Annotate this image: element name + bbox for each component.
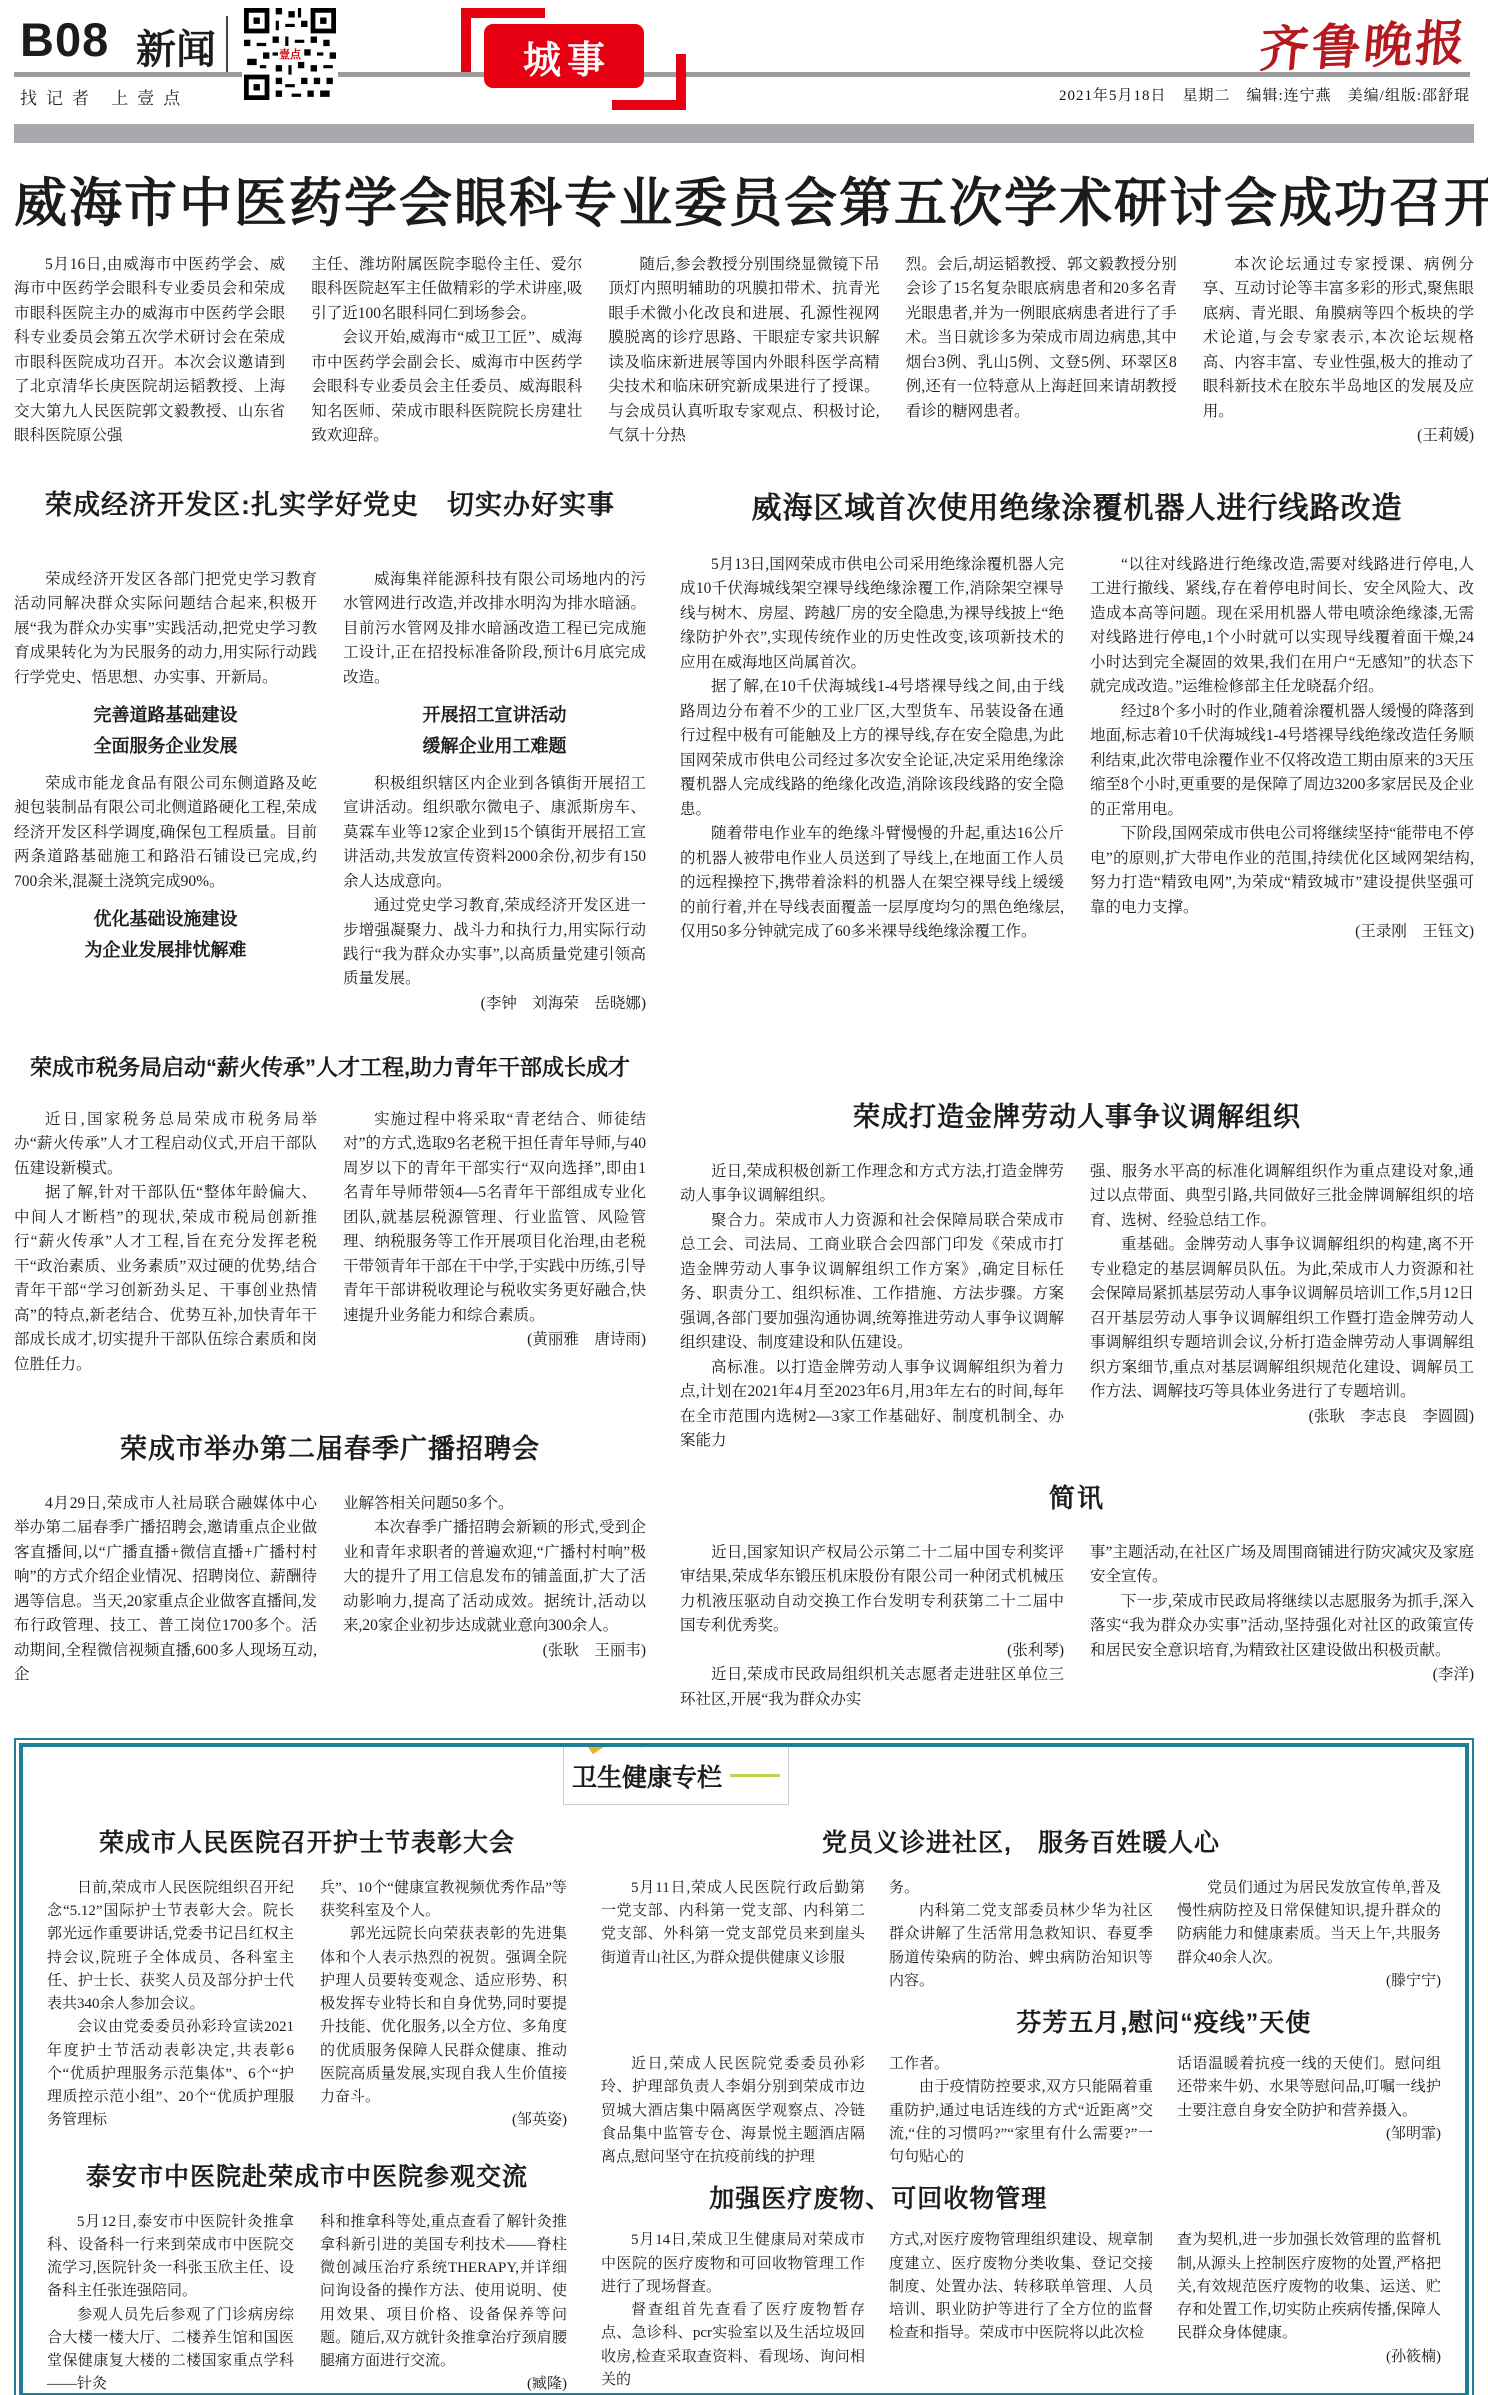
health-column-title: 卫生健康专栏	[572, 1758, 722, 1794]
article-may-angels: 芬芳五月,慰问“疫线”天使 近日,荣成人民医院党委委员孙彩玲、护理部负责人李娟分…	[601, 2003, 1441, 2169]
paragraph: 近日,荣成人民医院党委委员孙彩玲、护理部负责人李娟分别到荣成市边贸城大酒店集中隔…	[601, 2053, 865, 2169]
paragraph-continuation: 烈。会后,胡运韬教授、郭文毅教授分别会诊了15名复杂眼底病患者和20多名青光眼患…	[906, 253, 1177, 424]
section-name: 新闻	[136, 18, 216, 75]
paragraph: 通过党史学习教育,荣成经济开发区进一步增强凝聚力、战斗力和执行力,用实际行动践行…	[343, 894, 646, 992]
vertical-divider	[226, 16, 228, 74]
article-body: 近日,国家税务总局荣成市税务局举办“薪火传承”人才工程启动仪式,开启干部队伍建设…	[14, 1108, 646, 1377]
article-robot-coating: 威海区域首次使用绝缘涂覆机器人进行线路改造 5月13日,国网荣成市供电公司采用绝…	[680, 483, 1474, 1069]
article-tax-bureau: 荣成市税务局启动“薪火传承”人才工程,助力青年干部成长成才 近日,国家税务总局荣…	[14, 1051, 646, 1397]
paragraph: 日前,荣成市人民医院组织召开纪念“5.12”国际护士节表彰大会。院长郭光远作重要…	[47, 1877, 294, 2017]
paragraph-continuation: 主任、潍坊附属医院李聪伶主任、爱尔眼科医院赵军主任做精彩的学术讲座,吸引了近10…	[311, 253, 582, 326]
text-column: 4月29日,荣成市人社局联合融媒体中心举办第二届春季广播招聘会,邀请重点企业做客…	[14, 1492, 317, 1688]
dateline: 2021年5月18日 星期二 编辑:连宁燕 美编/组版:邵舒琨	[1059, 84, 1470, 105]
article-title: 芬芳五月,慰问“疫线”天使	[887, 2003, 1441, 2039]
text-column: 科和推拿科等处,重点查看了解针灸推拿科新引进的美国专利技术——脊柱微创减压治疗系…	[320, 2211, 567, 2395]
paragraph: 近日,国家税务总局荣成市税务局举办“薪火传承”人才工程启动仪式,开启干部队伍建设…	[14, 1108, 317, 1181]
article-body: 近日,荣成人民医院党委委员孙彩玲、护理部负责人李娟分别到荣成市边贸城大酒店集中隔…	[601, 2053, 1441, 2169]
text-column: 烈。会后,胡运韬教授、郭文毅教授分别会诊了15名复杂眼底病患者和20多名青光眼患…	[906, 253, 1177, 453]
paragraph: 会议开始,威海市“威卫工匠”、威海市中医药学会副会长、威海市中医药学会眼科专业委…	[311, 326, 582, 448]
text-column: 近日,国家知识产权局公示第二十二届中国专利奖评审结果,荣成华东锻压机床股份有限公…	[680, 1541, 1064, 1712]
article-title: 荣成市税务局启动“薪火传承”人才工程,助力青年干部成长成才	[14, 1051, 646, 1082]
qr-code: 壹点	[242, 6, 338, 102]
health-logo-caption: 卫生健康专栏	[572, 1758, 780, 1794]
paragraph: 5月12日,泰安市中医院针灸推拿科、设备科一行来到荣成市中医院交流学习,医院针灸…	[47, 2211, 294, 2304]
article-title: 荣成打造金牌劳动人事争议调解组织	[680, 1095, 1474, 1134]
article-body: 5月14日,荣成卫生健康局对荣成市中医院的医疗废物和可回收物管理工作进行了现场督…	[601, 2229, 1441, 2392]
green-underline	[730, 1774, 780, 1777]
paragraph: 据了解,在10千伏海城线1-4号塔裸导线之间,由于线路周边分布着不少的工业厂区,…	[680, 675, 1064, 822]
article-briefs: 简讯 近日,国家知识产权局公示第二十二届中国专利奖评审结果,荣成华东锻压机床股份…	[680, 1478, 1474, 1714]
paragraph: 由于疫情防控要求,双方只能隔着重重防护,通过电话连线的方式“近距离”交流,“住的…	[889, 2076, 1153, 2169]
text-column: 5月13日,国网荣成市供电公司采用绝缘涂覆机器人完成10千伏海城线架空裸导线绝缘…	[680, 553, 1064, 945]
byline: (李洋)	[1090, 1663, 1474, 1687]
lead-headline: 威海市中医药学会眼科专业委员会第五次学术研讨会成功召开	[14, 161, 1474, 237]
paragraph: 随着带电作业车的绝缘斗臂慢慢的升起,重达16公斤的机器人被带电作业人员送到了导线…	[680, 822, 1064, 944]
paragraph: 5月16日,由威海市中医药学会、威海市中医药学会眼科专业委员会和荣成市眼科医院主…	[14, 253, 285, 449]
health-column-box: 卫生健康专栏 荣成市人民医院召开护士节表彰大会 日前,荣成市人民医院组织召开纪念…	[14, 1738, 1474, 2395]
text-column: 近日,国家税务总局荣成市税务局举办“薪火传承”人才工程启动仪式,开启干部队伍建设…	[14, 1108, 317, 1377]
paragraph-continuation: 务。	[889, 1877, 1153, 1900]
sub-headline: 优化基础设施建设为企业发展排忧解难	[14, 904, 317, 965]
byline: (张利琴)	[680, 1639, 1064, 1663]
text-column: 业解答相关问题50多个。本次春季广播招聘会新颖的形式,受到企业和青年求职者的普遍…	[343, 1492, 646, 1688]
article-title: 荣成市举办第二届春季广播招聘会	[14, 1427, 646, 1466]
text-column: 随后,参会教授分别围绕显微镜下吊顶灯内照明辅助的巩膜扣带术、抗青光眼手术微小化改…	[608, 253, 879, 453]
article-medical-waste: 加强医疗废物、可回收物管理 5月14日,荣成卫生健康局对荣成市中医院的医疗废物和…	[601, 2179, 1441, 2392]
paragraph-continuation: 方式,对医疗废物管理组织建设、规章制度建立、医疗废物分类收集、登记交接制度、处置…	[889, 2229, 1153, 2345]
paragraph: 5月14日,荣成卫生健康局对荣成市中医院的医疗废物和可回收物管理工作进行了现场督…	[601, 2229, 865, 2299]
paragraph-continuation: 业解答相关问题50多个。	[343, 1492, 646, 1516]
paragraph: “以往对线路进行绝缘改造,需要对线路进行停电,人工进行撤线、紧线,存在着停电时间…	[1090, 553, 1474, 700]
paragraph: 参观人员先后参观了门诊病房综合大楼一楼大厅、二楼养生馆和国医堂保健康复大楼的二楼…	[47, 2304, 294, 2395]
article-taian-visit: 泰安市中医院赴荣成市中医院参观交流 5月12日,泰安市中医院针灸推拿科、设备科一…	[47, 2157, 567, 2395]
health-column-inner: 卫生健康专栏 荣成市人民医院召开护士节表彰大会 日前,荣成市人民医院组织召开纪念…	[19, 1743, 1469, 2395]
byline: (王莉媛)	[1203, 424, 1474, 448]
article-body: 近日,国家知识产权局公示第二十二届中国专利奖评审结果,荣成华东锻压机床股份有限公…	[680, 1541, 1474, 1712]
paragraph: 郭光远院长向荣获表彰的先进集体和个人表示热烈的祝贺。强调全院护理人员要转变观念、…	[320, 1923, 567, 2109]
paragraph: 下阶段,国网荣成市供电公司将继续坚持“能带电不停电”的原则,扩大带电作业的范围,…	[1090, 822, 1474, 920]
byline: (李钟 刘海荣 岳晓娜)	[343, 992, 646, 1016]
byline: (黄丽雅 唐诗雨)	[343, 1328, 646, 1352]
text-column: 查为契机,进一步加强长效管理的监督机制,从源头上控制医疗废物的处置,严格把关,有…	[1177, 2229, 1441, 2392]
byline: (张耿 李志良 李圆圆)	[1090, 1405, 1474, 1429]
byline: (滕宁宁)	[1177, 1970, 1441, 1993]
article-title: 加强医疗废物、可回收物管理	[601, 2179, 1155, 2215]
health-column-logo: 卫生健康专栏	[563, 1743, 789, 1805]
text-column: 兵”、10个“健康宣教视频优秀作品”等获奖科室及个人。郭光远院长向荣获表彰的先进…	[320, 1877, 567, 2133]
article-title: 荣成经济开发区:扎实学好党史 切实办好实事	[14, 483, 646, 522]
text-column: “以往对线路进行绝缘改造,需要对线路进行停电,人工进行撤线、紧线,存在着停电时间…	[1090, 553, 1474, 945]
paragraph: 近日,国家知识产权局公示第二十二届中国专利奖评审结果,荣成华东锻压机床股份有限公…	[680, 1541, 1064, 1639]
text-column: 5月16日,由威海市中医药学会、威海市中医药学会眼科专业委员会和荣成市眼科医院主…	[14, 253, 285, 453]
text-column: 方式,对医疗废物管理组织建设、规章制度建立、医疗废物分类收集、登记交接制度、处置…	[889, 2229, 1153, 2392]
byline: (王录刚 王钰文)	[1090, 920, 1474, 944]
article-nurse-awards: 荣成市人民医院召开护士节表彰大会 日前,荣成市人民医院组织召开纪念“5.12”国…	[47, 1823, 567, 2133]
paragraph: 高标准。以打造金牌劳动人事争议调解组织为着力点,计划在2021年4月至2023年…	[680, 1356, 1064, 1454]
paragraph: 荣成经济开发区各部门把党史学习教育活动同解决群众实际问题结合起来,积极开展“我为…	[14, 568, 317, 690]
text-column: 务。内科第二党支部委员林少华为社区群众讲解了生活常用急救知识、春夏季肠道传染病的…	[889, 1877, 1153, 1993]
paragraph: 会议由党委委员孙彩玲宣读2021年度护士节活动表彰决定,共表彰6个“优质护理服务…	[47, 2016, 294, 2132]
paragraph: 积极组织辖区内企业到各镇街开展招工宣讲活动。组织歌尔微电子、康派斯房车、莫霖车业…	[343, 772, 646, 894]
middle-section: 荣成经济开发区:扎实学好党史 切实办好实事 荣成经济开发区各部门把党史学习教育活…	[14, 483, 1474, 1714]
text-column: 话语温暖着抗疫一线的天使们。慰问组还带来牛奶、水果等慰问品,叮嘱一线护士要注意自…	[1177, 2053, 1441, 2169]
paragraph: 经过8个多小时的作业,随着涂覆机器人缓慢的降落到地面,标志着10千伏海城线1-4…	[1090, 700, 1474, 822]
paragraph: 近日,荣成市民政局组织机关志愿者走进驻区单位三环社区,开展“我为群众办实	[680, 1663, 1064, 1712]
paragraph: 4月29日,荣成市人社局联合融媒体中心举办第二届春季广播招聘会,邀请重点企业做客…	[14, 1492, 317, 1688]
paragraph-continuation: 兵”、10个“健康宣教视频优秀作品”等获奖科室及个人。	[320, 1877, 567, 1924]
text-column: 实施过程中将采取“青老结合、师徒结对”的方式,选取9名老税干担任青年导师,与40…	[343, 1108, 646, 1377]
text-column: 近日,荣成积极创新工作理念和方式方法,打造金牌劳动人事争议调解组织。聚合力。荣成…	[680, 1160, 1064, 1454]
article-title: 威海区域首次使用绝缘涂覆机器人进行线路改造	[680, 483, 1474, 527]
qr-center-label: 壹点	[278, 46, 302, 62]
article-body: 5月12日,泰安市中医院针灸推拿科、设备科一行来到荣成市中医院交流学习,医院针灸…	[47, 2211, 567, 2395]
byline: (孙筱楠)	[1177, 2346, 1441, 2369]
paragraph-continuation: 工作者。	[889, 2053, 1153, 2076]
text-column: 党员们通过为居民发放宣传单,普及慢性病防控及日常保健知识,提升群众的防病能力和健…	[1177, 1877, 1441, 1993]
paragraph: 聚合力。荣成市人力资源和社会保障局联合荣成市总工会、司法局、工商业联合会四部门印…	[680, 1209, 1064, 1356]
text-column: 强、服务水平高的标准化调解组织作为重点建设对象,通过以点带面、典型引路,共同做好…	[1090, 1160, 1474, 1454]
paragraph: 下一步,荣成市民政局将继续以志愿服务为抓手,深入落实“我为群众办实事”活动,坚持…	[1090, 1590, 1474, 1663]
divider-band	[14, 124, 1474, 143]
lead-article: 威海市中医药学会眼科专业委员会第五次学术研讨会成功召开 5月16日,由威海市中医…	[14, 161, 1474, 453]
article-body: 近日,荣成积极创新工作理念和方式方法,打造金牌劳动人事争议调解组织。聚合力。荣成…	[680, 1160, 1474, 1454]
paragraph: 随后,参会教授分别围绕显微镜下吊顶灯内照明辅助的巩膜扣带术、抗青光眼手术微小化改…	[608, 253, 879, 449]
slogan: 找记者 上壹点	[20, 84, 189, 109]
left-column-group: 荣成经济开发区:扎实学好党史 切实办好实事 荣成经济开发区各部门把党史学习教育活…	[14, 483, 646, 1714]
article-job-fair: 荣成市举办第二届春季广播招聘会 4月29日,荣成市人社局联合融媒体中心举办第二届…	[14, 1427, 646, 1688]
paragraph: 本次论坛通过专家授课、病例分享、互动讨论等丰富多彩的形式,聚焦眼底病、青光眼、角…	[1203, 253, 1474, 424]
paragraph-continuation: 查为契机,进一步加强长效管理的监督机制,从源头上控制医疗废物的处置,严格把关,有…	[1177, 2229, 1441, 2345]
text-column: 荣成经济开发区各部门把党史学习教育活动同解决群众实际问题结合起来,积极开展“我为…	[14, 568, 317, 1016]
text-column: 5月11日,荣成人民医院行政后勤第一党支部、内科第一党支部、内科第二党支部、外科…	[601, 1877, 865, 1993]
right-column-group: 威海区域首次使用绝缘涂覆机器人进行线路改造 5月13日,国网荣成市供电公司采用绝…	[680, 483, 1474, 1714]
page-header: B08 新闻 找记者 上壹点 壹点 城事 齐鲁晚报 2021年5月18日 星期二…	[14, 0, 1474, 108]
page-number: B08	[20, 12, 109, 67]
article-body: 4月29日,荣成市人社局联合融媒体中心举办第二届春季广播招聘会,邀请重点企业做客…	[14, 1492, 646, 1688]
text-column: 主任、潍坊附属医院李聪伶主任、爱尔眼科医院赵军主任做精彩的学术讲座,吸引了近10…	[311, 253, 582, 453]
article-title: 简讯	[680, 1478, 1474, 1515]
health-right-group: 党员义诊进社区, 服务百姓暖人心 5月11日,荣成人民医院行政后勤第一党支部、内…	[601, 1823, 1441, 2395]
text-column: 5月12日,泰安市中医院针灸推拿科、设备科一行来到荣成市中医院交流学习,医院针灸…	[47, 2211, 294, 2395]
paragraph: 荣成市能龙食品有限公司东侧道路及屹昶包装制品有限公司北侧道路硬化工程,荣成经济开…	[14, 772, 317, 894]
paragraph: 近日,荣成积极创新工作理念和方式方法,打造金牌劳动人事争议调解组织。	[680, 1160, 1064, 1209]
paragraph-continuation: 事”主题活动,在社区广场及周围商铺进行防灾减灾及家庭安全宣传。	[1090, 1541, 1474, 1590]
newspaper-page: B08 新闻 找记者 上壹点 壹点 城事 齐鲁晚报 2021年5月18日 星期二…	[0, 0, 1488, 2395]
paragraph: 据了解,针对干部队伍“整体年龄偏大、中间人才断档”的现状,荣成市税局创新推行“薪…	[14, 1181, 317, 1377]
text-column: 事”主题活动,在社区广场及周围商铺进行防灾减灾及家庭安全宣传。下一步,荣成市民政…	[1090, 1541, 1474, 1712]
paragraph: 督查组首先查看了医疗废物暂存点、急诊科、pcr实验室以及生活垃圾回收房,检查采取…	[601, 2299, 865, 2392]
article-title: 荣成市人民医院召开护士节表彰大会	[47, 1823, 567, 1859]
byline: (臧隆)	[320, 2373, 567, 2395]
paragraph-continuation: 科和推拿科等处,重点查看了解针灸推拿科新引进的美国专利技术——脊柱微创减压治疗系…	[320, 2211, 567, 2374]
text-column: 日前,荣成市人民医院组织召开纪念“5.12”国际护士节表彰大会。院长郭光远作重要…	[47, 1877, 294, 2133]
lead-body: 5月16日,由威海市中医药学会、威海市中医药学会眼科专业委员会和荣成市眼科医院主…	[14, 253, 1474, 453]
byline: (邹英姿)	[320, 2109, 567, 2132]
sub-headline: 完善道路基础建设全面服务企业发展	[14, 700, 317, 761]
article-party-clinic: 党员义诊进社区, 服务百姓暖人心 5月11日,荣成人民医院行政后勤第一党支部、内…	[601, 1823, 1441, 1993]
header-rule	[14, 72, 1470, 77]
masthead-logo: 齐鲁晚报	[1257, 4, 1471, 81]
text-column: 本次论坛通过专家授课、病例分享、互动讨论等丰富多彩的形式,聚焦眼底病、青光眼、角…	[1203, 253, 1474, 453]
article-body: 5月13日,国网荣成市供电公司采用绝缘涂覆机器人完成10千伏海城线架空裸导线绝缘…	[680, 553, 1474, 945]
article-body: 荣成经济开发区各部门把党史学习教育活动同解决群众实际问题结合起来,积极开展“我为…	[14, 568, 646, 1016]
paragraph: 内科第二党支部委员林少华为社区群众讲解了生活常用急救知识、春夏季肠道传染病的防治…	[889, 1900, 1153, 1993]
corner-bracket-bottom-right	[612, 54, 686, 110]
article-title: 党员义诊进社区, 服务百姓暖人心	[601, 1823, 1441, 1859]
article-title: 泰安市中医院赴荣成市中医院参观交流	[47, 2157, 567, 2193]
paragraph-continuation: 强、服务水平高的标准化调解组织作为重点建设对象,通过以点带面、典型引路,共同做好…	[1090, 1160, 1474, 1233]
paragraph: 党员们通过为居民发放宣传单,普及慢性病防控及日常保健知识,提升群众的防病能力和健…	[1177, 1877, 1441, 1970]
text-column: 5月14日,荣成卫生健康局对荣成市中医院的医疗废物和可回收物管理工作进行了现场督…	[601, 2229, 865, 2392]
paragraph: 威海集祥能源科技有限公司场地内的污水管网进行改造,并改排水明沟为排水暗涵。目前污…	[343, 568, 646, 690]
text-column: 工作者。由于疫情防控要求,双方只能隔着重重防护,通过电话连线的方式“近距离”交流…	[889, 2053, 1153, 2169]
health-logo-art	[572, 1743, 780, 1758]
health-left-group: 荣成市人民医院召开护士节表彰大会 日前,荣成市人民医院组织召开纪念“5.12”国…	[47, 1823, 567, 2395]
health-content: 荣成市人民医院召开护士节表彰大会 日前,荣成市人民医院组织召开纪念“5.12”国…	[47, 1823, 1441, 2395]
paragraph: 重基础。金牌劳动人事争议调解组织的构建,离不开专业稳定的基层调解员队伍。为此,荣…	[1090, 1233, 1474, 1404]
paragraph-continuation: 话语温暖着抗疫一线的天使们。慰问组还带来牛奶、水果等慰问品,叮嘱一线护士要注意自…	[1177, 2053, 1441, 2123]
article-body: 日前,荣成市人民医院组织召开纪念“5.12”国际护士节表彰大会。院长郭光远作重要…	[47, 1877, 567, 2133]
byline: (邹明霏)	[1177, 2123, 1441, 2146]
article-body: 5月11日,荣成人民医院行政后勤第一党支部、内科第一党支部、内科第二党支部、外科…	[601, 1877, 1441, 1993]
paragraph: 本次春季广播招聘会新颖的形式,受到企业和青年求职者的普遍欢迎,“广播村村响”极大…	[343, 1516, 646, 1638]
text-column: 近日,荣成人民医院党委委员孙彩玲、护理部负责人李娟分别到荣成市边贸城大酒店集中隔…	[601, 2053, 865, 2169]
paragraph: 5月11日,荣成人民医院行政后勤第一党支部、内科第一党支部、内科第二党支部、外科…	[601, 1877, 865, 1970]
sub-headline: 开展招工宣讲活动缓解企业用工难题	[343, 700, 646, 761]
byline: (张耿 王丽韦)	[343, 1639, 646, 1663]
paragraph: 实施过程中将采取“青老结合、师徒结对”的方式,选取9名老税干担任青年导师,与40…	[343, 1108, 646, 1328]
text-column: 威海集祥能源科技有限公司场地内的污水管网进行改造,并改排水明沟为排水暗涵。目前污…	[343, 568, 646, 1016]
paragraph: 5月13日,国网荣成市供电公司采用绝缘涂覆机器人完成10千伏海城线架空裸导线绝缘…	[680, 553, 1064, 675]
article-economic-zone: 荣成经济开发区:扎实学好党史 切实办好实事 荣成经济开发区各部门把党史学习教育活…	[14, 483, 646, 1023]
article-mediation: 荣成打造金牌劳动人事争议调解组织 近日,荣成积极创新工作理念和方式方法,打造金牌…	[680, 1095, 1474, 1454]
